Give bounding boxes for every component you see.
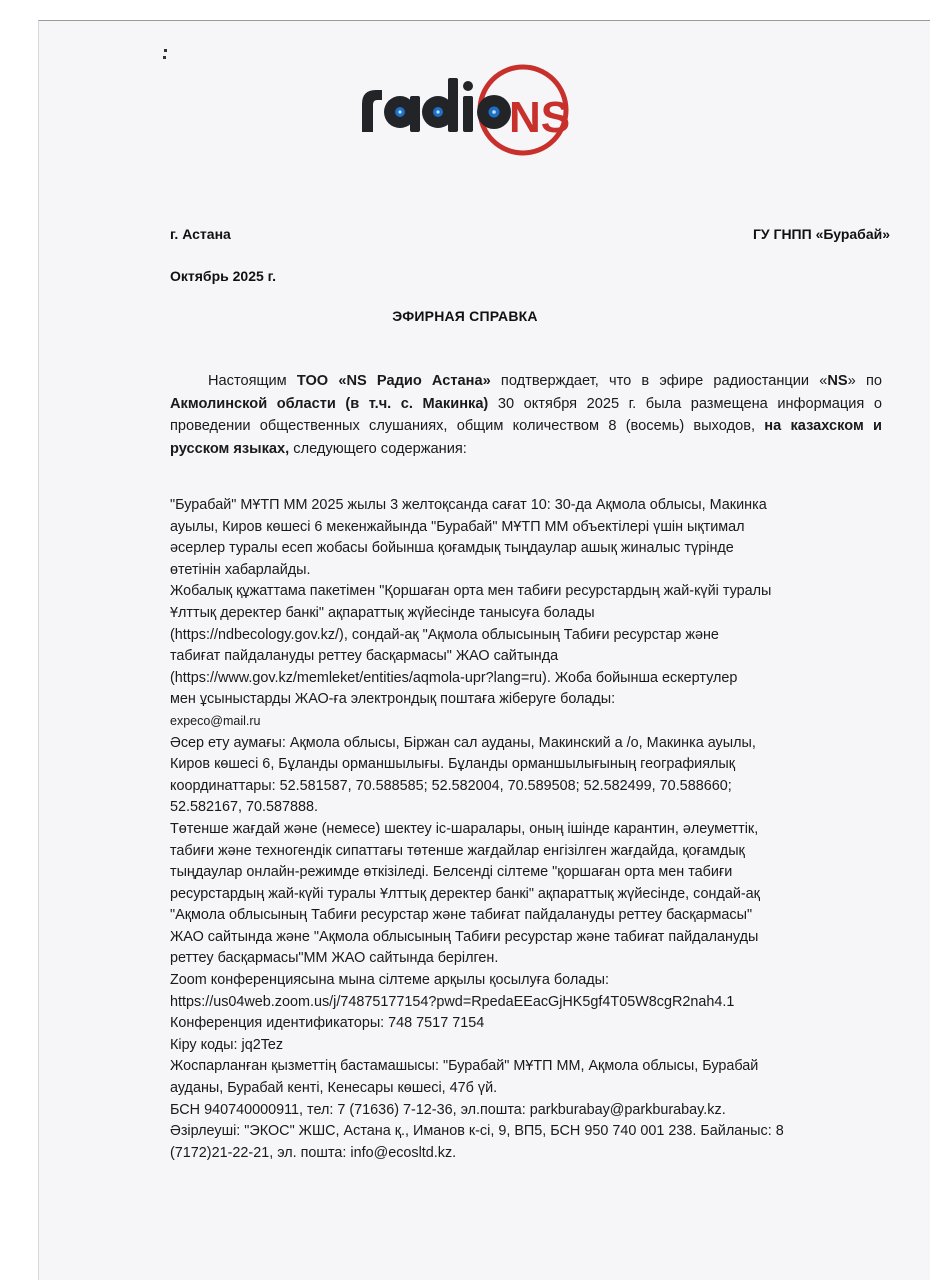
text-line: ЖАО сайтында және "Ақмола облысының Таби… [170,927,870,949]
text-line: Әзірлеуші: "ЭКОС" ЖШС, Астана қ., Иманов… [170,1121,870,1143]
radio-ns-logo: NS [358,62,588,162]
email-text: expeco@mail.ru [170,711,870,733]
intro-paragraph: Настоящим ТОО «NS Радио Астана» подтверж… [170,370,882,460]
text-line: Әсер ету аумағы: Ақмола облысы, Біржан с… [170,733,870,755]
text-line: (https://www.gov.kz/memleket/entities/aq… [170,668,870,690]
document-date: Октябрь 2025 г. [170,268,276,284]
scan-speck [163,56,166,59]
station-name: NS [827,373,847,389]
company-name: ТОО «NS Радио Астана» [297,373,491,389]
announcement-text: "Бурабай" МҰТП ММ 2025 жылы 3 желтоқсанд… [170,495,870,1164]
text-line: Zoom конференциясына мына сілтеме арқылы… [170,970,870,992]
text-line: өтетінін хабарлайды. [170,560,870,582]
text-line: координаттары: 52.581587, 70.588585; 52.… [170,776,870,798]
text-line: ауданы, Бурабай кенті, Кенесары көшесі, … [170,1078,870,1100]
zoom-link-text: https://us04web.zoom.us/j/74875177154?pw… [170,992,870,1014]
text-line: Жоспарланған қызметтің бастамашысы: "Бур… [170,1056,870,1078]
region-name: Акмолинской области (в т.ч. с. Макинка) [170,396,488,412]
document-title: ЭФИРНАЯ СПРАВКА [0,308,930,324]
text-line: мен ұсыныстарды ЖАО-ға электрондық пошта… [170,689,870,711]
text-line: Төтенше жағдай және (немесе) шектеу іс-ш… [170,819,870,841]
text-line: ауылы, Киров көшесі 6 мекенжайында "Бура… [170,517,870,539]
logo-graphic: NS [358,62,588,162]
text-line: әсерлер туралы есеп жобасы бойынша қоғам… [170,538,870,560]
text-line: Кіру коды: jq2Tez [170,1035,870,1057]
text-line: табиғат пайдалануды реттеу басқармасы" Ж… [170,646,870,668]
text-line: Ұлттық деректер банкі" ақпараттық жүйесі… [170,603,870,625]
text-line: "Ақмола облысының Табиғи ресурстар және … [170,905,870,927]
scan-speck [164,49,167,52]
text-line: реттеу басқармасы"ММ ЖАО сайтында берілг… [170,948,870,970]
text-line: "Бурабай" МҰТП ММ 2025 жылы 3 желтоқсанд… [170,495,870,517]
text-line: табиғи және техногендік сипаттағы төтенш… [170,841,870,863]
text-line: (7172)21-22-21, эл. пошта: info@ecosltd.… [170,1143,870,1165]
logo-ns-text: NS [509,93,570,142]
text-line: Конференция идентификаторы: 748 7517 715… [170,1013,870,1035]
text-line: ресурстардың жай-күйі туралы Ұлттық дере… [170,884,870,906]
text-line: Жобалық құжаттама пакетімен "Қоршаған ор… [170,581,870,603]
city-label: г. Астана [170,226,231,242]
text-line: тыңдаулар онлайн-режимде өткізіледі. Бел… [170,862,870,884]
text-line: БСН 940740000911, тел: 7 (71636) 7-12-36… [170,1100,870,1122]
text-line: (https://ndbecology.gov.kz/), сондай-ақ … [170,625,870,647]
text-line: 52.582167, 70.587888. [170,797,870,819]
recipient-label: ГУ ГНПП «Бурабай» [753,226,890,242]
text-line: Киров көшесі 6, Бұланды орманшылығы. Бұл… [170,754,870,776]
